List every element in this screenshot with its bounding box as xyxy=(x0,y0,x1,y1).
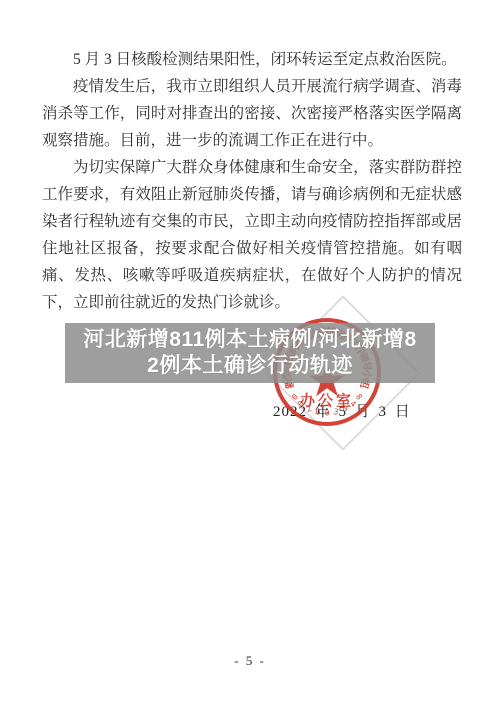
seal-arc-char: 0 xyxy=(314,407,321,417)
seal-arc-char: 8 xyxy=(354,393,364,402)
seal-arc-char: 0 xyxy=(325,409,330,418)
headline-overlay: 河北新增811例本土病例/河北新增8 2例本土确诊行动轨迹 xyxy=(65,323,435,383)
paragraph: 5 月 3 日核酸检测结果阳性，闭环转运至定点救治医院。 xyxy=(42,46,462,73)
document-body: 5 月 3 日核酸检测结果阳性，闭环转运至定点救治医院。 疫情发生后，我市立即组… xyxy=(42,46,462,316)
document-page: 5 月 3 日核酸检测结果阳性，闭环转运至定点救治医院。 疫情发生后，我市立即组… xyxy=(0,0,500,705)
seal-arc-char: 2 xyxy=(305,404,313,414)
headline-line: 河北新增811例本土病例/河北新增8 xyxy=(83,327,416,353)
seal-arc-char: 0 xyxy=(296,399,305,409)
headline-line: 2例本土确诊行动轨迹 xyxy=(147,353,353,379)
seal-arc-char: 3 xyxy=(333,407,340,417)
paragraph: 疫情发生后，我市立即组织人员开展流行病学调查、消毒消杀等工作，同时对排查出的密接… xyxy=(42,73,462,154)
paragraph: 为切实保障广大群众身体健康和生命安全，落实群防群控工作要求，有效阻止新冠肺炎传播… xyxy=(42,154,462,316)
page-number: - 5 - xyxy=(0,653,500,669)
